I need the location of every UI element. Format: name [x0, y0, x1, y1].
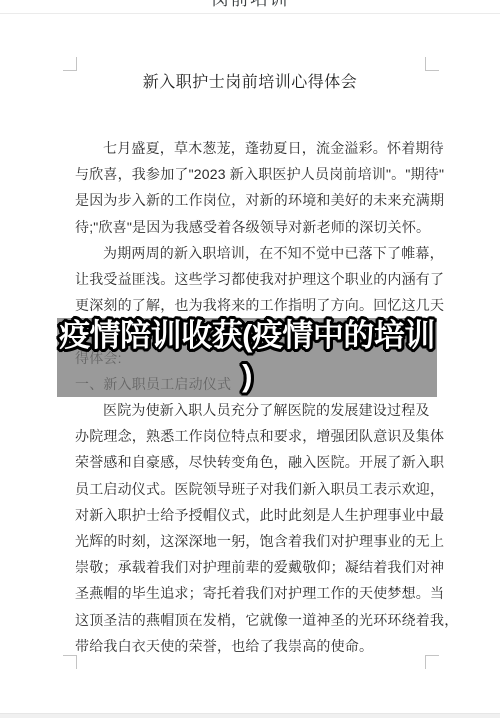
document-viewer-page: 岗前培训 新入职护士岗前培训心得体会 七月盛夏，草木葱茏，蓬勃夏日，流金溢彩。怀…	[0, 0, 500, 718]
paragraph-line: 这顶圣洁的燕帽顶在发梢，它就像一道神圣的光环环绕着我，	[75, 607, 427, 633]
paragraph-line: 更深刻的了解，也为我将来的工作指明了方向。回忆这几天	[75, 292, 427, 318]
paragraph-line: 光辉的时刻，这深深地一躬，饱含着我们对护理事业的无上	[75, 528, 427, 554]
paragraph-line: 对新入职护士给予授帽仪式，此时此刻是人生护理事业中最	[75, 502, 427, 528]
paragraph-line: 医院为使新入职人员充分了解医院的发展建设过程及	[75, 397, 427, 423]
page-margin-mark-bottom-right	[425, 655, 439, 669]
paragraph-line: 办院理念，熟悉工作岗位特点和要求，增强团队意识及集体	[75, 423, 427, 449]
app-header: 岗前培训	[0, 0, 500, 14]
watermark-title-line-1: 疫情陪训收获(疫情中的培训	[59, 318, 435, 354]
paragraph-line: 员工启动仪式。医院领导班子对我们新入职员工表示欢迎，	[75, 476, 427, 502]
paragraph-line: 让我受益匪浅。这些学习都使我对护理这个职业的内涵有了	[75, 266, 427, 292]
paragraph-line: 圣燕帽的毕生追求；寄托着我们对护理工作的天使梦想。当	[75, 580, 427, 606]
paragraph-line: 带给我白衣天使的荣誉，也给了我崇高的使命。	[75, 633, 427, 659]
bottom-edge-strip	[0, 713, 500, 718]
paragraph-line: 待;"欣喜"是因为我感受着各级领导对新老师的深切关怀。	[75, 214, 427, 240]
paragraph-line: 是因为步入新的工作岗位，对新的环境和美好的未来充满期	[75, 187, 427, 213]
watermark-title-line-2: )	[242, 356, 252, 396]
paragraph-line: 荣誉感和自豪感，尽快转变角色，融入医院。开展了新入职	[75, 449, 427, 475]
paragraph-line: 为期两周的新入职培训，在不知不觉中已落下了帷幕，	[75, 240, 427, 266]
document-body: 七月盛夏，草木葱茏，蓬勃夏日，流金溢彩。怀着期待 与欣喜，我参加了"2023 新…	[75, 135, 427, 659]
paragraph-line: 七月盛夏，草木葱茏，蓬勃夏日，流金溢彩。怀着期待	[75, 135, 427, 161]
app-header-title: 岗前培训	[0, 0, 500, 8]
watermark-title-overlay: 疫情陪训收获(疫情中的培训 )	[57, 318, 437, 397]
paragraph-line: 崇敬；承载着我们对护理前辈的爱戴敬仰；凝结着我们对神	[75, 554, 427, 580]
document-title: 新入职护士岗前培训心得体会	[0, 69, 500, 92]
paragraph-line: 与欣喜，我参加了"2023 新入职医护人员岗前培训"。"期待"	[75, 161, 427, 187]
